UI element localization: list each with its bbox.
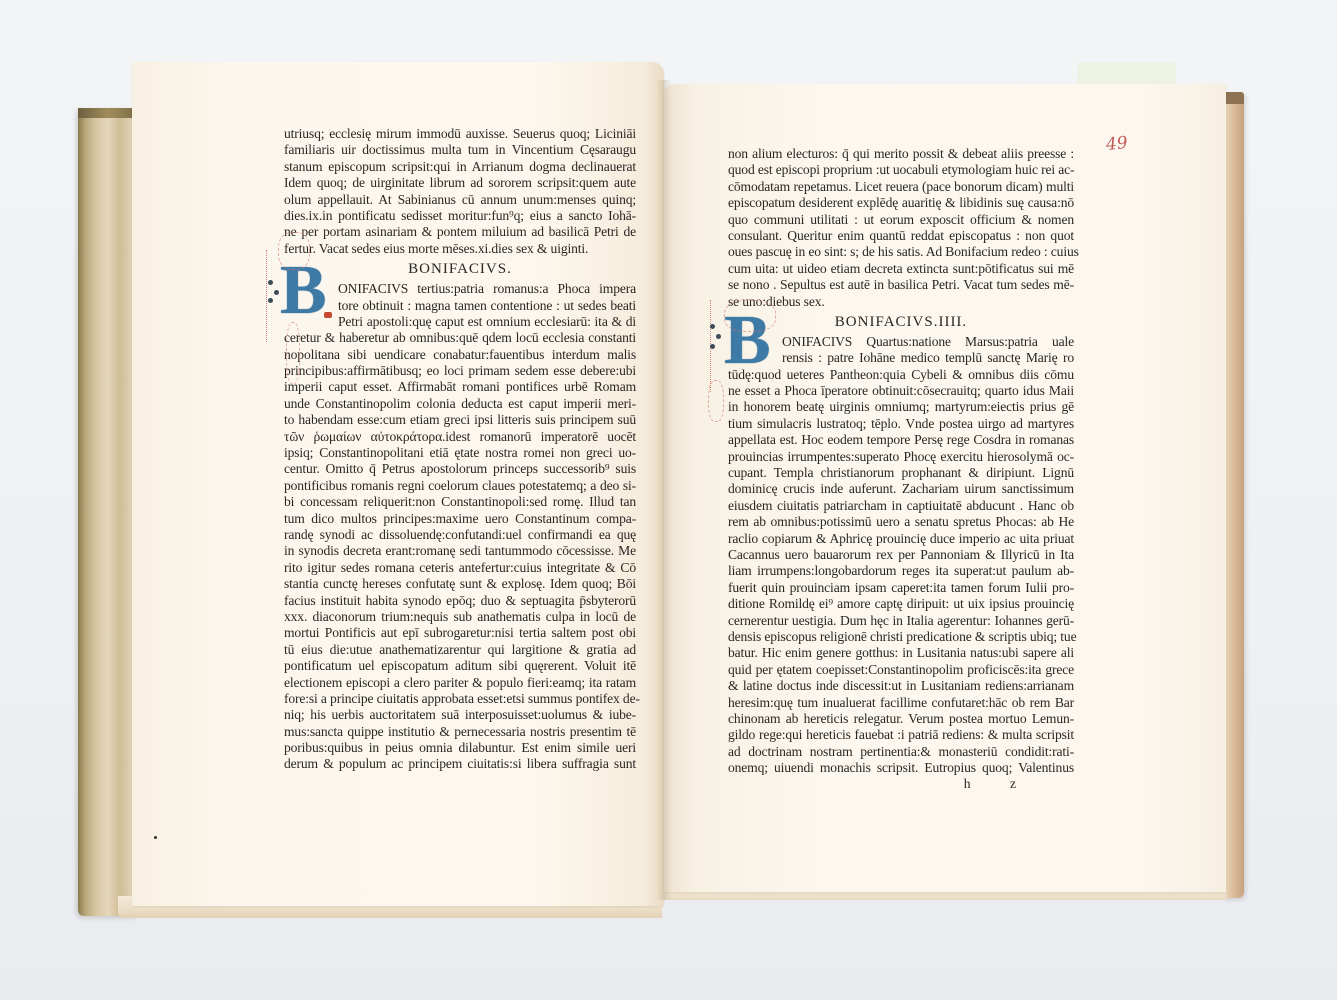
illuminated-initial-left: B xyxy=(270,262,332,326)
text-line: fuerit quin prouinciam ipsam caperet:ita… xyxy=(728,580,1074,596)
text-line: in honorem beatę uirginis omniumq; marty… xyxy=(728,399,1074,415)
text-line: liam irrumpens:longobardorum reges ita s… xyxy=(728,563,1074,579)
text-line: cōmodatam repetamus. Licet reuera (pace … xyxy=(728,179,1074,195)
text-line: tium simulacris lustratoq; tēplo. Vnde p… xyxy=(728,416,1074,432)
text-line: pontificibus romanis regni coelorum clau… xyxy=(284,478,636,494)
text-line: appellata est. Hoc eodem tempore Persę r… xyxy=(728,432,1074,448)
text-line: principibus:affirmātibusq; eo loci prima… xyxy=(284,363,636,379)
text-line: onemq; uiuendi monachis scripsit. Eutrop… xyxy=(728,760,1074,776)
text-line: to habendam esse:cum etiam greci ipsi li… xyxy=(284,412,636,428)
text-line: niq; his uerbis auctoritatem suā interpo… xyxy=(284,707,636,723)
text-line: in synodis decreta erant:romanę sedi tan… xyxy=(284,543,636,559)
text-line: batur. Hic enim genere gotthus: in Lusit… xyxy=(728,645,1074,661)
text-line: heresim:quę tum inualuerat facillime con… xyxy=(728,695,1074,711)
text-line: poribus:quibus in peius omnia dilabuntur… xyxy=(284,740,636,756)
text-line: non alium electuros: q̄ qui merito possi… xyxy=(728,146,1074,162)
right-page-text: non alium electuros: q̄ qui merito possi… xyxy=(728,146,1074,792)
text-line: gildo rege:qui hereticis fauebat :i patr… xyxy=(728,727,1074,743)
text-line: pontificatum uel episcopatum aditum sibi… xyxy=(284,658,636,674)
initial-dot xyxy=(268,280,273,285)
text-line: consulant. Queritur enim quantū reddat e… xyxy=(728,228,1074,244)
left-binding-edge xyxy=(78,108,138,916)
left-page-text: utriusq; ecclesię mirum immodū auxisse. … xyxy=(284,126,636,773)
initial-red-accent xyxy=(324,312,332,318)
text-line: raclio copiarum & Aphricę prouincię duce… xyxy=(728,531,1074,547)
text-line: stanum episcopum scripsit:qui in Arrianu… xyxy=(284,159,636,175)
text-line: eiusdem ciuitatis patriarcham in captiui… xyxy=(728,498,1074,514)
text-line: nopolitana sibi uendicare conabatur:faue… xyxy=(284,347,636,363)
initial-tendril xyxy=(278,232,310,270)
signature-mark: h z xyxy=(728,776,1074,792)
book-gutter xyxy=(656,80,672,900)
text-line: familiaris uir doctissimus multa tum in … xyxy=(284,142,636,158)
text-line: cernerentur uestigia. Dum hęc in Italia … xyxy=(728,613,1074,629)
text-line: tum dico multos principes:maxime uero Co… xyxy=(284,511,636,527)
text-line: rito igitur sedes romana ceteris antefer… xyxy=(284,560,636,576)
text-line: episcopatum desiderent explēdę auaritię … xyxy=(728,195,1074,211)
text-line: quo communi utilitati : ut eorum exposci… xyxy=(728,212,1074,228)
text-line: unde Constantinopolim colonia deducta es… xyxy=(284,396,636,412)
text-line: fore:si a principe ciuitatis approbata e… xyxy=(284,691,636,707)
text-line: electionem episcopi a clero pariter & po… xyxy=(284,675,636,691)
text-line: se nono . Sepultus est autē in basilica … xyxy=(728,277,1074,293)
text-line: ad doctrinam nostram pertinentia:& monas… xyxy=(728,744,1074,760)
text-line: stantia cunctę hereses confutatę sunt & … xyxy=(284,576,636,592)
text-line: centur. Omitto q̄ Petrus apostolorum pri… xyxy=(284,461,636,477)
text-line: Cacannus uero bauarorum rex per Pannonia… xyxy=(728,547,1074,563)
text-line: cupant. Templa christianorum prophanant … xyxy=(728,465,1074,481)
initial-dot xyxy=(710,344,715,349)
text-line: Idem quoq; de uirginitate librum ad soro… xyxy=(284,175,636,191)
text-line: ditione Romildę ei⁹ amore captę diripuit… xyxy=(728,596,1074,612)
text-line: dies.ix.in pontificatu sedisset moritur:… xyxy=(284,208,636,224)
paper-speck xyxy=(154,836,157,839)
initial-tendril xyxy=(286,322,300,384)
initial-dot xyxy=(274,290,279,295)
initial-dot xyxy=(268,298,273,303)
text-line: imperii caput esset. Affirmabāt romani p… xyxy=(284,379,636,395)
initial-tendril xyxy=(708,380,724,422)
greek-text-line: τῶν ῥωμαίων αὐτοκράτορα.idest romanorū i… xyxy=(284,429,636,445)
text-line: mus:sancta quippe institutio & pernecess… xyxy=(284,724,636,740)
initial-dot xyxy=(710,324,715,329)
text-line: derum & populum ac principem ciuitatis:s… xyxy=(284,756,636,772)
text-line: mortui Pontificis aut epī subrogaretur:n… xyxy=(284,625,636,641)
folio-number: 49 xyxy=(1105,133,1129,155)
text-line: dominicę crucis inde auferunt. Zachariam… xyxy=(728,481,1074,497)
text-line: cum uita: ut uideo etiam decreta extinct… xyxy=(728,261,1074,277)
text-line: prouincias irrumpentes:superato Phocę ex… xyxy=(728,449,1074,465)
initial-tendril xyxy=(724,300,776,332)
text-line: oues pascuę in eo sint: s; de his satis.… xyxy=(728,244,1074,260)
text-line: rem ab omnibus:potissimū uero a senatu s… xyxy=(728,514,1074,530)
text-line: tū eius die:utue anathematizarentur qui … xyxy=(284,642,636,658)
book-photograph: 49 utriusq; ecclesię mirum immodū auxiss… xyxy=(0,0,1337,1000)
text-line: xxx. diaconorum trium:nequis sub anathem… xyxy=(284,609,636,625)
text-line: facius instituit habita synodo epōq; duo… xyxy=(284,593,636,609)
text-line: ne per portam asinariam & pontem miluium… xyxy=(284,224,636,240)
text-line: olum appellauit. At Sabinianus cū annum … xyxy=(284,192,636,208)
text-line: densis episcopus religionē christi predi… xyxy=(728,629,1074,645)
text-line: bi concessam reliquerit:non Constantinop… xyxy=(284,494,636,510)
text-line: quid per ętatem coepisset:Constantinopol… xyxy=(728,662,1074,678)
text-line: randę synodi ac dissoluendę:confutandi:u… xyxy=(284,527,636,543)
text-line: quod est episcopi proprium :ut uocabuli … xyxy=(728,162,1074,178)
initial-dot xyxy=(716,334,721,339)
text-line: & latine doctus inde discessit:ut in Lus… xyxy=(728,678,1074,694)
text-line: chinonam ab hereticis relegatur. Verum p… xyxy=(728,711,1074,727)
text-line: utriusq; ecclesię mirum immodū auxisse. … xyxy=(284,126,636,142)
text-line: ipsiq; Constantinopolitani etiā ętate no… xyxy=(284,445,636,461)
